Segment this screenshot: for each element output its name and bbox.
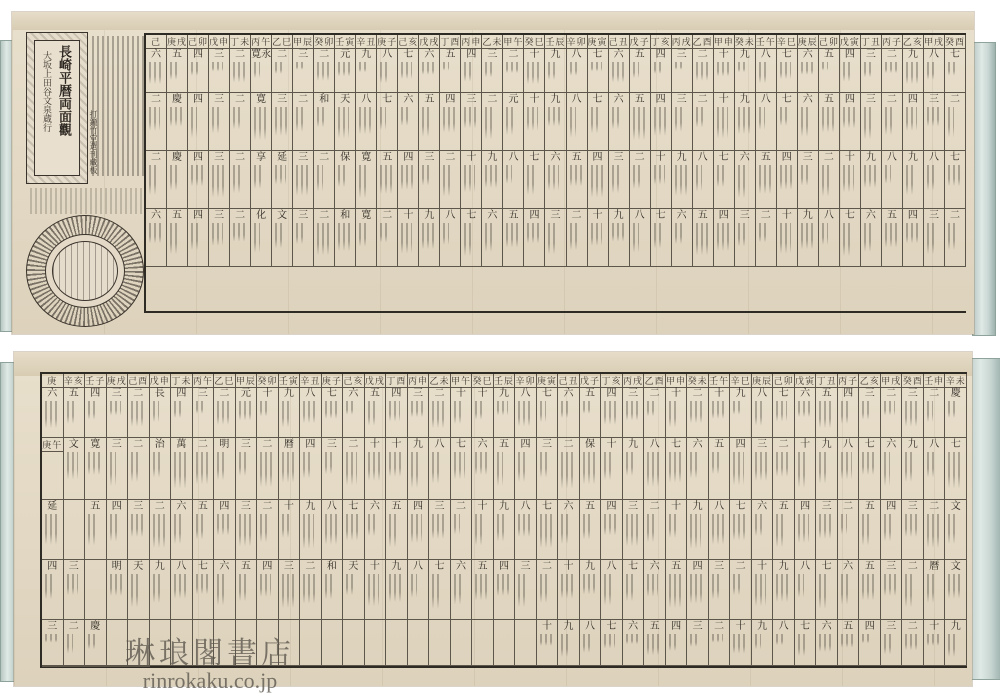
event-text [717,165,725,191]
event-text [317,62,329,84]
year-number: 治 [150,439,171,450]
table-cell: 三 [623,500,645,560]
year-number: 天 [343,561,364,572]
table-cell: 五 [494,438,516,500]
table-cell: 天 [128,560,150,620]
table-cell: 丁丑三 [861,35,882,93]
table-cell: 二 [838,500,860,560]
table-cell: 庚寅七 [537,374,559,438]
event-text [527,107,538,135]
table-cell: 四 [651,93,672,151]
year-number: 三 [672,49,692,60]
table-cell [451,620,473,666]
year-number: 四 [257,561,278,572]
event-text [110,514,121,546]
event-text [738,165,748,204]
table-cell: 九 [903,151,924,209]
era-header: 辛丑 [356,35,376,49]
year-number: 十 [398,210,418,221]
event-text [561,514,569,549]
year-number: 九 [386,561,407,572]
year-number: 寛 [251,94,271,105]
table-cell: 六 [881,438,903,500]
table-cell: 六 [838,560,860,620]
year-number: 二 [693,49,713,60]
table-cell: 十 [279,500,301,560]
table-cell: 二 [902,620,924,666]
event-text [927,401,934,426]
table-cell: 十 [666,500,688,560]
table-cell: 七 [945,151,966,209]
year-number: 四 [601,388,622,399]
event-text [191,62,200,78]
era-header: 庚午 [42,438,63,452]
table-cell: 二 [693,93,714,151]
table-cell [429,620,451,666]
table-cell: 庚午 [42,438,64,500]
event-text [905,574,913,613]
table-cell: 文 [945,500,967,560]
table-cell: 四 [107,500,129,560]
year-number: 保 [335,152,355,163]
event-text [927,574,937,608]
year-number: 三 [623,501,644,512]
upper-strip-top-margin [12,12,974,30]
event-text [675,165,688,201]
year-number: 十 [365,561,386,572]
table-cell: 六 [623,620,645,666]
event-text [733,634,747,657]
event-text [675,223,685,248]
year-number: 四 [838,388,859,399]
event-text [690,514,701,555]
table-cell: 二 [257,438,279,500]
year-number: 二 [537,561,558,572]
event-text [801,62,814,77]
event-text [153,514,168,554]
year-number: 二 [687,388,708,399]
event-text [88,634,97,652]
table-cell: 戊寅四 [840,35,861,93]
year-number: 三 [128,501,149,512]
event-text [690,574,705,609]
event-text [110,452,117,492]
table-cell: 九 [494,500,516,560]
event-text [196,574,210,598]
event-text [612,107,622,133]
table-cell: 六 [365,500,387,560]
year-number: 三 [861,49,881,60]
year-number: 七 [777,49,797,60]
table-cell [64,500,86,560]
event-text [884,574,899,600]
era-header: 乙酉 [693,35,713,49]
year-number: 四 [795,501,816,512]
event-text [260,452,272,493]
event-text [669,634,677,654]
table-cell: 八 [795,560,817,620]
table-cell: 明 [214,438,236,500]
year-number: 明 [214,439,235,450]
table-cell: 五 [838,620,860,666]
year-number: 九 [419,210,439,221]
table-cell: 三 [236,500,258,560]
event-text [149,62,163,88]
year-number: 六 [735,152,755,163]
table-cell [408,620,430,666]
year-number: 七 [343,501,364,512]
table-cell: 五 [630,93,651,151]
year-number: 六 [672,210,692,221]
table-cell: 八 [567,93,588,151]
event-text [843,223,851,262]
event-text [583,401,594,416]
table-cell: 和 [314,93,335,151]
event-text [885,62,897,75]
event-text [346,401,353,417]
year-number: 四 [666,621,687,632]
event-text [755,634,762,652]
event-text [738,223,745,251]
table-cell: 元 [503,93,524,151]
event-text [862,401,872,423]
era-header: 丙申 [461,35,481,49]
year-number: 四 [171,388,192,399]
year-number: 暦 [924,561,945,572]
table-cell: 二 [945,209,966,267]
event-text [755,401,764,430]
table-cell: 四 [714,209,735,267]
table-cell: 七 [714,151,735,209]
table-cell: 八 [630,209,651,267]
event-text [612,62,625,86]
event-text [217,452,225,485]
year-number: 九 [903,152,923,163]
event-text [422,223,435,254]
table-cell: 天 [343,560,365,620]
table-cell: 九 [408,438,430,500]
table-cell: 己六 [146,35,167,93]
table-cell: 三 [709,560,731,620]
event-text [819,514,833,543]
table-cell: 二 [451,500,473,560]
year-number: 五 [236,561,257,572]
year-number: 十 [365,439,386,450]
table-cell: 五 [666,560,688,620]
table-cell: 戊申長 [150,374,172,438]
year-number: 二 [429,388,450,399]
event-text [380,223,389,246]
era-header: 丙午 [251,35,271,49]
event-text [174,574,186,603]
table-cell: 三 [279,560,301,620]
year-number: 和 [335,210,355,221]
era-header: 乙巳 [272,35,292,49]
era-header: 丁丑 [816,374,837,388]
table-cell: 七 [64,666,86,667]
year-number: 三 [881,621,902,632]
table-cell: 五 [503,209,524,267]
year-number: 六 [451,561,472,572]
table-cell: 六 [816,620,838,666]
year-number: 二 [882,49,902,60]
year-number: 五 [440,49,460,60]
table-cell: 十 [730,620,752,666]
event-text [755,452,768,486]
event-text [212,107,220,138]
event-text [432,574,441,615]
event-text [570,165,582,190]
year-number: 二 [558,439,579,450]
event-text [296,62,306,71]
event-text [296,223,306,248]
table-cell: 九 [687,500,709,560]
year-number: 文 [64,439,85,450]
year-number: 九 [735,49,755,60]
year-number: 四 [651,94,671,105]
year-number: 三 [735,210,755,221]
event-text [841,634,856,650]
table-cell: 六 [451,560,473,620]
era-header: 壬寅 [335,35,355,49]
era-header: 戊寅 [840,35,860,49]
year-number: 五 [472,561,493,572]
table-cell: 四 [588,151,609,209]
table-cell: 九 [816,438,838,500]
table-cell [515,620,537,666]
event-text [591,165,605,203]
year-number: 九 [752,621,773,632]
event-text [443,223,449,249]
event-text [591,107,599,138]
era-header: 甲辰 [293,35,313,49]
year-number: 明 [107,561,128,572]
year-number: 八 [503,152,523,163]
year-number: 八 [924,49,944,60]
year-number: 二 [146,94,166,105]
year-number: 五 [709,439,730,450]
year-number: 三 [924,210,944,221]
year-number: 五 [819,94,839,105]
event-text [303,452,310,483]
event-text [591,223,602,250]
event-text [906,62,920,88]
table-cell: 四 [515,438,537,500]
era-header: 戊子 [630,35,650,49]
year-number: 五 [630,49,650,60]
table-cell: 三 [42,620,64,666]
table-cell: 丁酉四 [386,374,408,438]
year-number: 九 [356,49,376,60]
era-header: 乙巳 [214,374,235,388]
event-text [432,401,447,433]
event-text [591,62,602,73]
calendar-wheel-diagram [26,215,144,327]
year-number: 七 [816,561,837,572]
year-number: 天 [335,94,355,105]
event-text [948,452,961,495]
year-number: 七 [840,210,860,221]
event-text [338,165,346,191]
table-cell: 四 [300,438,322,500]
table-cell: 四 [42,560,64,620]
year-number: 二 [150,501,171,512]
year-number: 四 [398,152,418,163]
year-number: 五 [85,501,106,512]
table-cell: 九 [623,438,645,500]
table-cell: 二 [64,620,86,666]
year-number: 八 [819,210,839,221]
year-number: 九 [150,561,171,572]
event-text [717,223,731,256]
event-text [604,514,616,539]
event-text [296,107,303,136]
event-text [212,165,226,203]
table-cell: 乙亥九 [903,35,924,93]
event-text [948,574,960,603]
table-cell: 丙戌三 [672,35,693,93]
year-number: 六 [609,94,629,105]
table-cell: 二 [567,209,588,267]
table-cell: 十 [795,438,817,500]
main-title: 長崎平暦両面觀 [54,45,73,136]
year-number: 六 [816,621,837,632]
event-text [217,514,229,539]
year-number: 十 [666,501,687,512]
year-number: 三 [209,152,229,163]
year-number: 二 [567,210,587,221]
year-number: 八 [756,49,776,60]
table-cell: 二 [293,93,314,151]
event-text [317,107,326,131]
table-cell: 五 [567,151,588,209]
table-cell: 三 [672,93,693,151]
event-text [570,223,579,255]
event-text [217,401,230,429]
year-number: 七 [651,210,671,221]
year-number: 七 [945,49,965,60]
year-number: 八 [709,501,730,512]
event-text [174,452,187,495]
year-number: 六 [623,621,644,632]
event-text [45,574,55,604]
year-number: 九 [279,388,300,399]
event-text [654,107,668,141]
event-text [822,62,828,72]
table-cell: 辛丑九 [356,35,377,93]
table-cell: 乙酉二 [644,374,666,438]
event-text [712,574,720,604]
year-number: 二 [214,388,235,399]
era-header: 戊寅 [795,374,816,388]
year-number: 七 [777,94,797,105]
event-text [174,401,183,421]
table-cell: 十 [601,438,623,500]
era-header: 戊戌 [419,35,439,49]
year-number: 二 [440,152,460,163]
year-number: 二 [293,94,313,105]
table-cell: 七 [537,500,559,560]
event-text [759,107,765,134]
table-cell: 二 [902,560,924,620]
event-text [570,107,576,143]
year-number: 七 [945,152,965,163]
event-text [497,574,512,600]
era-header: 乙亥 [859,374,880,388]
table-cell: 三 [272,93,293,151]
year-number: 二 [693,94,713,105]
table-cell: 三 [64,560,86,620]
event-text [254,62,260,81]
year-number: 三 [107,439,128,450]
era-header: 丁未 [230,35,250,49]
year-number: 五 [365,388,386,399]
event-text [233,107,243,133]
table-cell: 九 [798,209,819,267]
event-text [67,401,75,428]
event-text [612,223,625,245]
year-number: 九 [687,501,708,512]
event-text [819,634,832,655]
year-number: 十 [714,49,734,60]
event-text [862,452,876,479]
event-text [780,107,788,129]
event-text [485,223,495,257]
year-number: 八 [377,49,397,60]
year-number: 七 [429,561,450,572]
event-text [712,514,725,550]
table-cell: 六 [672,209,693,267]
table-cell: 丙午三 [193,374,215,438]
year-number: 四 [386,388,407,399]
year-number: 五 [773,501,794,512]
table-cell [300,620,322,666]
table-cell: 十 [537,620,559,666]
event-text [464,223,472,262]
year-number: 八 [356,94,376,105]
event-text [738,62,745,74]
year-number: 五 [693,210,713,221]
event-text [282,574,295,614]
table-cell: 二 [146,151,167,209]
event-text [548,165,558,195]
event-text [561,634,568,661]
era-header: 壬子 [85,374,106,388]
era-header: 辛亥 [64,374,85,388]
event-text [401,223,412,259]
era-header: 癸未 [687,374,708,388]
event-text [506,165,512,187]
year-number: 文 [945,501,966,512]
year-number: 三 [515,561,536,572]
table-cell: 五 [193,500,215,560]
era-header: 丙戌 [623,374,644,388]
table-cell: 二 [630,151,651,209]
table-cell: 慶 [85,620,107,666]
table-cell: 辛巳七 [777,35,798,93]
table-cell: 五 [377,151,398,209]
lower-chronology-grid: 庚六辛亥五壬子四庚戌三己酉二戊申長丁未四丙午三乙巳二甲辰元癸卯十壬寅九辛丑八庚子… [42,374,967,666]
year-number: 五 [859,561,880,572]
event-text [690,401,702,427]
year-number: 五 [882,210,902,221]
year-number: 三 [752,439,773,450]
event-text [822,107,834,137]
year-number: 二 [924,501,945,512]
event-text [843,165,854,197]
table-cell: 八 [819,209,840,267]
year-number: 三 [859,388,880,399]
